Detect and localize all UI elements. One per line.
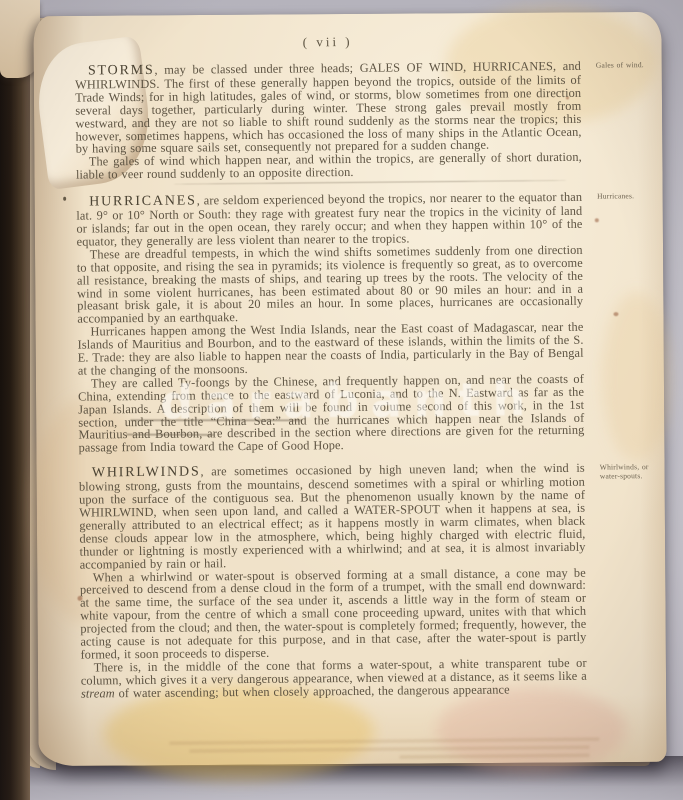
paragraph-text: When a whirlwind or water-spout is obser… xyxy=(80,565,587,661)
paragraph-text-italic: stream xyxy=(81,686,115,700)
ghost-text-line xyxy=(169,738,599,745)
watermark: darabanth xyxy=(160,372,600,430)
margin-note-hurricanes: Hurricanes. xyxy=(597,192,655,201)
paragraph: The gales of wind which happen near, and… xyxy=(76,151,582,182)
ghost-text-line xyxy=(189,746,589,753)
paragraph-text: The gales of wind which happen near, and… xyxy=(76,150,582,182)
paragraph: HURRICANES, are seldom experienced beyon… xyxy=(76,191,582,248)
paragraph-text: There is, in the middle of the cone that… xyxy=(81,656,587,688)
book-spine xyxy=(0,0,30,800)
margin-note-gales-of-wind: Gales of wind. xyxy=(596,61,654,70)
section-whirlwinds: Whirlwinds, or water-spouts. WHIRLWINDS,… xyxy=(79,462,587,700)
page-content: ( vii ) Gales of wind. STORMS, may be cl… xyxy=(32,11,667,767)
ghost-text-line xyxy=(400,754,590,759)
ink-mark xyxy=(63,197,66,201)
paragraph: WHIRLWINDS, are sometimes occasioned by … xyxy=(79,462,586,571)
paragraph: STORMS, may be classed under three heads… xyxy=(75,60,582,156)
margin-note-whirlwinds: Whirlwinds, or water-spouts. xyxy=(600,463,658,481)
paragraph-text: These are dreadful tempests, in which th… xyxy=(77,243,583,326)
separator-line xyxy=(172,180,568,185)
paragraph: These are dreadful tempests, in which th… xyxy=(77,244,584,326)
page-number: ( vii ) xyxy=(75,32,581,53)
pencil-underline xyxy=(126,434,214,436)
paragraph-text: of water ascending; but when closely app… xyxy=(115,682,510,700)
paragraph: There is, in the middle of the cone that… xyxy=(81,657,587,701)
paragraph-text: Hurricanes happen among the West India I… xyxy=(77,320,583,378)
book-photo: ( vii ) Gales of wind. STORMS, may be cl… xyxy=(0,0,683,800)
paragraph: Hurricanes happen among the West India I… xyxy=(77,321,583,377)
section-storms: Gales of wind. STORMS, may be classed un… xyxy=(75,60,582,182)
paragraph: When a whirlwind or water-spout is obser… xyxy=(80,566,587,661)
